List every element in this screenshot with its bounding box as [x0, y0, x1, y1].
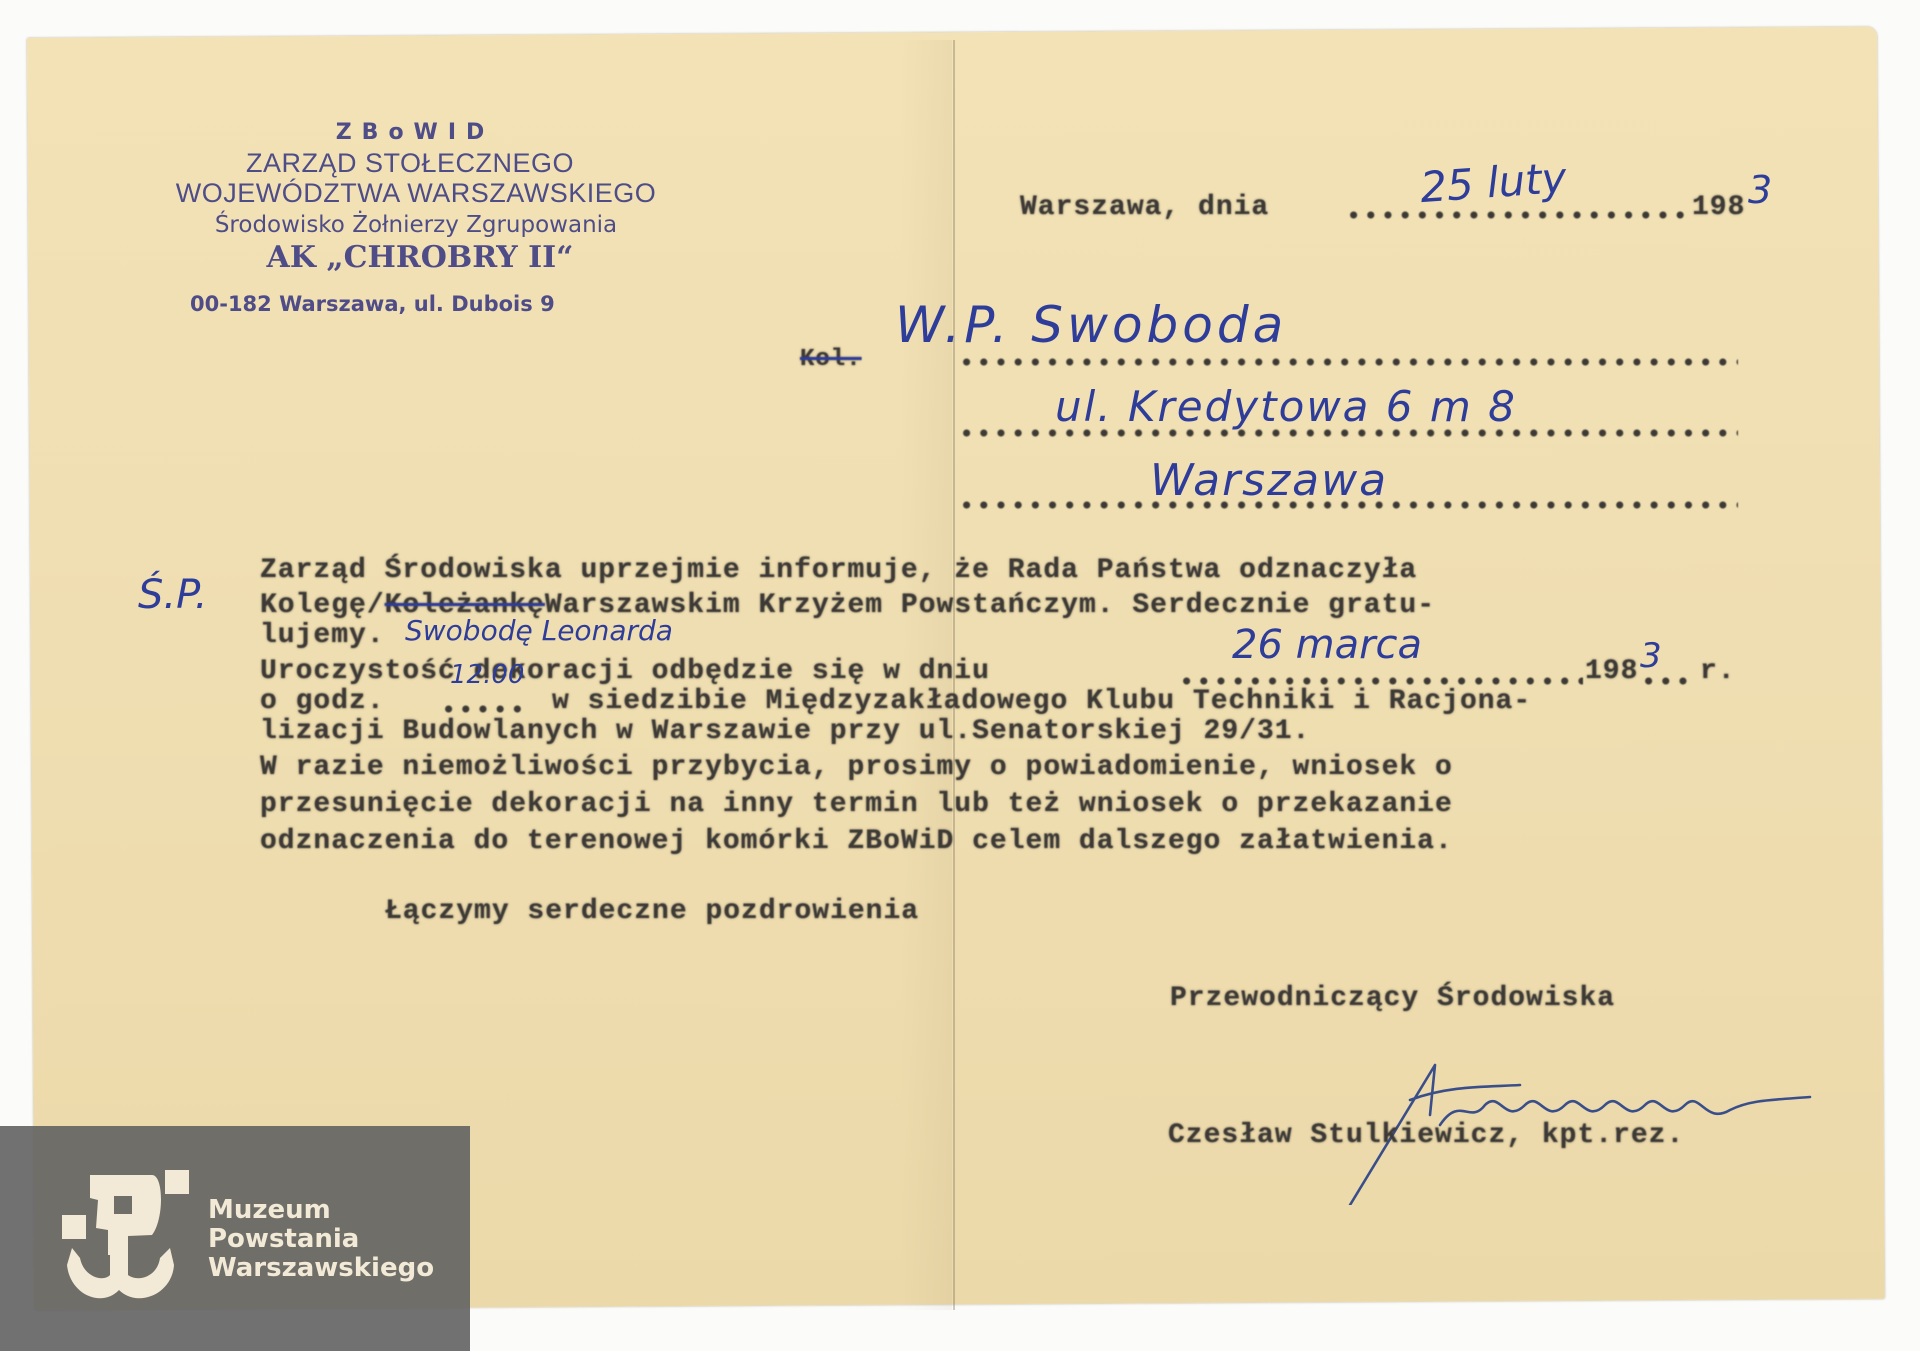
signatory-name: Czesław Stulkiewicz, kpt.rez.: [1168, 1120, 1684, 1151]
body-line-2b: Warszawskim Krzyżem Powstańczym. Serdecz…: [545, 590, 1435, 621]
date-dots: [1345, 210, 1690, 220]
addressee-city: Warszawa: [1150, 455, 1388, 506]
handwritten-recipient-name: Swobodę Leonarda: [405, 614, 673, 647]
body-line-7: W razie niemożliwości przybycia, prosimy…: [260, 752, 1453, 783]
stamp-address: 00-182 Warszawa, ul. Dubois 9: [190, 292, 650, 316]
museum-name-line-1: Muzeum: [208, 1196, 434, 1225]
ceremony-year-dots: [1640, 676, 1692, 686]
handwritten-time: 12.00: [450, 660, 524, 690]
kotwica-anchor-icon: [62, 1170, 192, 1310]
body-line-4b: 198: [1585, 656, 1638, 687]
closing-line: Łączymy serdeczne pozdrowienia: [385, 896, 919, 927]
body-line-4a: Uroczystość dekoracji odbędzie się w dni…: [260, 656, 990, 687]
addressee-name: W.P. Swoboda: [895, 296, 1287, 354]
museum-name-line-2: Powstania: [208, 1225, 434, 1254]
body-line-5b: w siedzibie Międzyzakładowego Klubu Tech…: [552, 686, 1531, 717]
margin-note: Ś.P.: [138, 572, 207, 618]
body-line-8: przesunięcie dekoracji na inny termin lu…: [260, 789, 1453, 820]
stamp-line-1: ZBoWID: [305, 120, 525, 145]
handwritten-date: 25 luty: [1418, 153, 1567, 212]
stamp-line-4: Środowisko Żołnierzy Zgrupowania: [160, 212, 672, 238]
addressee-label-struck: Kol.: [800, 346, 862, 373]
signatory-title: Przewodniczący Środowiska: [1170, 983, 1615, 1014]
stamp-line-3: WOJEWÓDZTWA WARSZAWSKIEGO: [146, 178, 686, 209]
addressee-street: ul. Kredytowa 6 m 8: [1055, 382, 1517, 431]
ceremony-time-dots: [440, 704, 526, 714]
body-line-9: odznaczenia do terenowej komórki ZBoWiD …: [260, 826, 1453, 857]
stamp-line-5: AK „CHROBRY II“: [265, 240, 575, 275]
date-prefix: Warszawa, dnia: [1020, 192, 1269, 223]
body-line-6: lizacji Budowlanych w Warszawie przy ul.…: [260, 716, 1310, 747]
addressee-dots-1: [958, 357, 1738, 367]
handwritten-ceremony-year: 3: [1640, 636, 1662, 676]
body-line-1: Zarząd Środowiska uprzejmie informuje, ż…: [260, 555, 1417, 586]
body-line-4c: r.: [1700, 656, 1736, 687]
museum-name: Muzeum Powstania Warszawskiego: [208, 1196, 434, 1283]
body-line-3: lujemy.: [260, 620, 385, 651]
date-year-handwritten: 3: [1748, 168, 1772, 212]
museum-name-line-3: Warszawskiego: [208, 1254, 434, 1283]
handwritten-ceremony-date: 26 marca: [1232, 622, 1422, 668]
date-year-typed: 198: [1692, 192, 1745, 223]
body-line-5a: o godz.: [260, 686, 385, 717]
ceremony-date-dots: [1178, 676, 1583, 686]
body-line-2a: Kolegę/: [260, 590, 385, 621]
stamp-line-2: ZARZĄD STOŁECZNEGO: [200, 148, 620, 179]
